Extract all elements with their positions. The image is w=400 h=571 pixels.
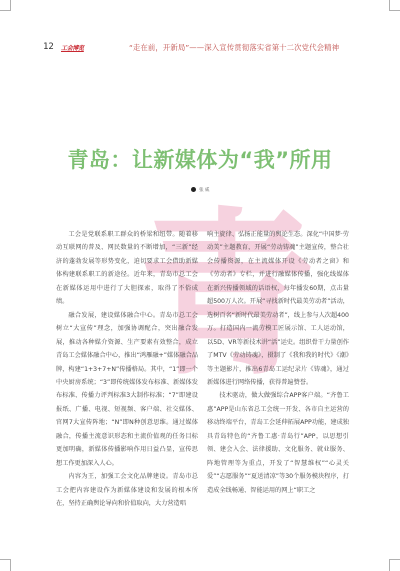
article-title: 青岛：让新媒体为“我”所用 — [0, 144, 400, 174]
crop-mark-bottom-left — [0, 559, 11, 571]
right-column: 响主旋律、弘扬正能量的舆论生态。深化“中国梦·劳动美”主题教育，开展“劳动铸魂”… — [207, 228, 349, 497]
crop-mark-top-left — [0, 0, 11, 11]
page-header: 12 工会博览 “走在前，开新局”——深入宣传贯彻落实省第十二次党代会精神 — [43, 40, 370, 54]
paragraph: 响主旋律、弘扬正能量的舆论生态。深化“中国梦·劳动美”主题教育，开展“劳动铸魂”… — [207, 228, 349, 389]
paragraph: 工会是党联系职工群众的桥梁和纽带。随着移动互联网的普及、网民数量的不断增加，“三… — [56, 228, 198, 309]
crop-mark-bottom-right — [389, 559, 400, 571]
left-column: 工会是党联系职工群众的桥梁和纽带。随着移动互联网的普及、网民数量的不断增加，“三… — [56, 228, 198, 511]
byline: 张 威 — [0, 187, 400, 193]
page-number: 12 — [43, 42, 61, 52]
crop-mark-top-right — [389, 0, 400, 11]
paragraph: 内容为王，加强工会文化品牌建设。青岛市总工会把内容建设作为新媒体建设和发展的根本… — [56, 470, 198, 510]
paragraph: 融合发展，建设媒体融合中心。青岛市总工会树立“大宣传”理念，加强协调配合，突出融… — [56, 309, 198, 470]
author-name: 张 威 — [199, 188, 209, 193]
running-head: “走在前，开新局”——深入宣传贯彻落实省第十二次党代会精神 — [129, 42, 339, 53]
pen-dot-icon — [191, 187, 196, 192]
magazine-logo: 工会博览 — [61, 43, 121, 52]
paragraph: 技术驱动，做大做强综合APP客户端。“齐鲁工惠”APP是山东省总工会统一开发、各… — [207, 389, 349, 497]
